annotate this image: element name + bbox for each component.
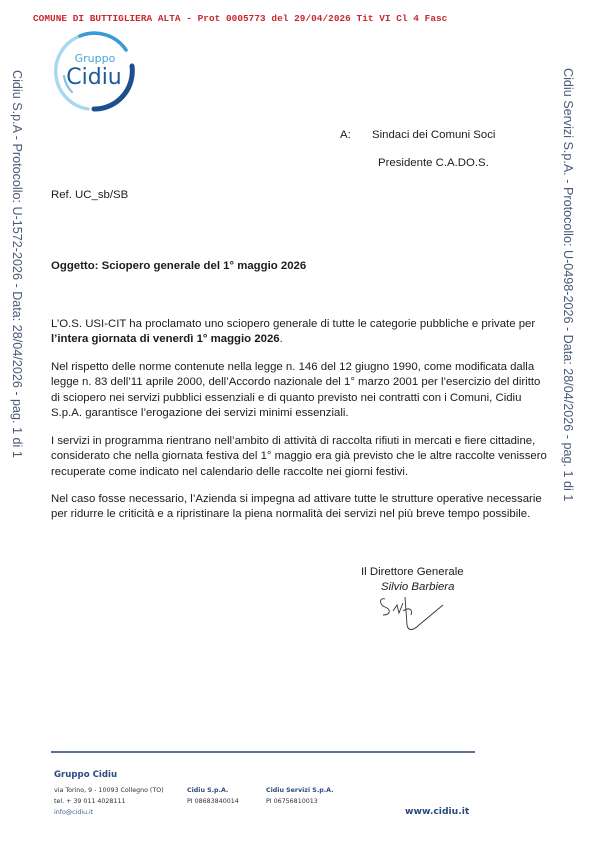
svg-text:Cidiu: Cidiu	[66, 65, 122, 90]
paragraph-1-bold: l’intera giornata di venerdì 1° maggio 2…	[51, 333, 280, 345]
paragraph-2: Nel rispetto delle norme contenute nella…	[51, 360, 551, 421]
signatory-title: Il Direttore Generale	[361, 565, 464, 580]
footer-company-2-name: Cidiu Servizi S.p.A.	[266, 787, 334, 794]
logo-ring-icon: Gruppo Cidiu	[50, 28, 138, 114]
svg-text:Gruppo: Gruppo	[75, 52, 116, 65]
right-protocol-text: Cidiu Servizi S.p.A. - Protocollo: U-049…	[561, 68, 575, 501]
footer-phone: tel. + 39 011 4028111	[54, 798, 125, 805]
paragraph-4: Nel caso fosse necessario, l’Azienda si …	[51, 492, 551, 523]
signature-block: Il Direttore Generale Silvio Barbiera	[361, 565, 464, 580]
protocol-stamp: COMUNE DI BUTTIGLIERA ALTA - Prot 000577…	[33, 13, 447, 24]
handwritten-signature-icon	[375, 585, 465, 633]
paragraph-1-text: L’O.S. USI-CIT ha proclamato uno scioper…	[51, 318, 535, 330]
footer-company-2-vat: PI 06756810013	[266, 798, 318, 805]
footer-brand: Gruppo Cidiu	[54, 770, 117, 780]
subject-line: Oggetto: Sciopero generale del 1° maggio…	[51, 259, 306, 274]
addressee-line-1: Sindaci dei Comuni Soci	[372, 128, 495, 143]
left-protocol-text: Cidiu S.p.A - Protocollo: U-1572-2026 - …	[10, 70, 24, 458]
right-protocol-stamp: Cidiu Servizi S.p.A. - Protocollo: U-049…	[555, 68, 577, 488]
footer-website-link[interactable]: www.cidiu.it	[405, 806, 469, 817]
footer-divider	[51, 751, 475, 753]
paragraph-1-end: .	[280, 333, 283, 345]
gruppo-cidiu-logo: Gruppo Cidiu	[50, 28, 138, 114]
left-protocol-stamp: Cidiu S.p.A - Protocollo: U-1572-2026 - …	[4, 70, 26, 455]
footer-company-1-name: Cidiu S.p.A.	[187, 787, 228, 794]
paragraph-1: L’O.S. USI-CIT ha proclamato uno scioper…	[51, 317, 551, 348]
addressee-label: A:	[340, 128, 351, 143]
reference: Ref. UC_sb/SB	[51, 188, 128, 203]
paragraph-3: I servizi in programma rientrano nell’am…	[51, 434, 551, 480]
footer-email-link[interactable]: info@cidiu.it	[54, 809, 93, 816]
footer-address: via Torino, 9 - 10093 Collegno (TO)	[54, 787, 164, 794]
addressee-line-2: Presidente C.A.DO.S.	[378, 156, 489, 171]
footer-company-1-vat: PI 08683840014	[187, 798, 239, 805]
